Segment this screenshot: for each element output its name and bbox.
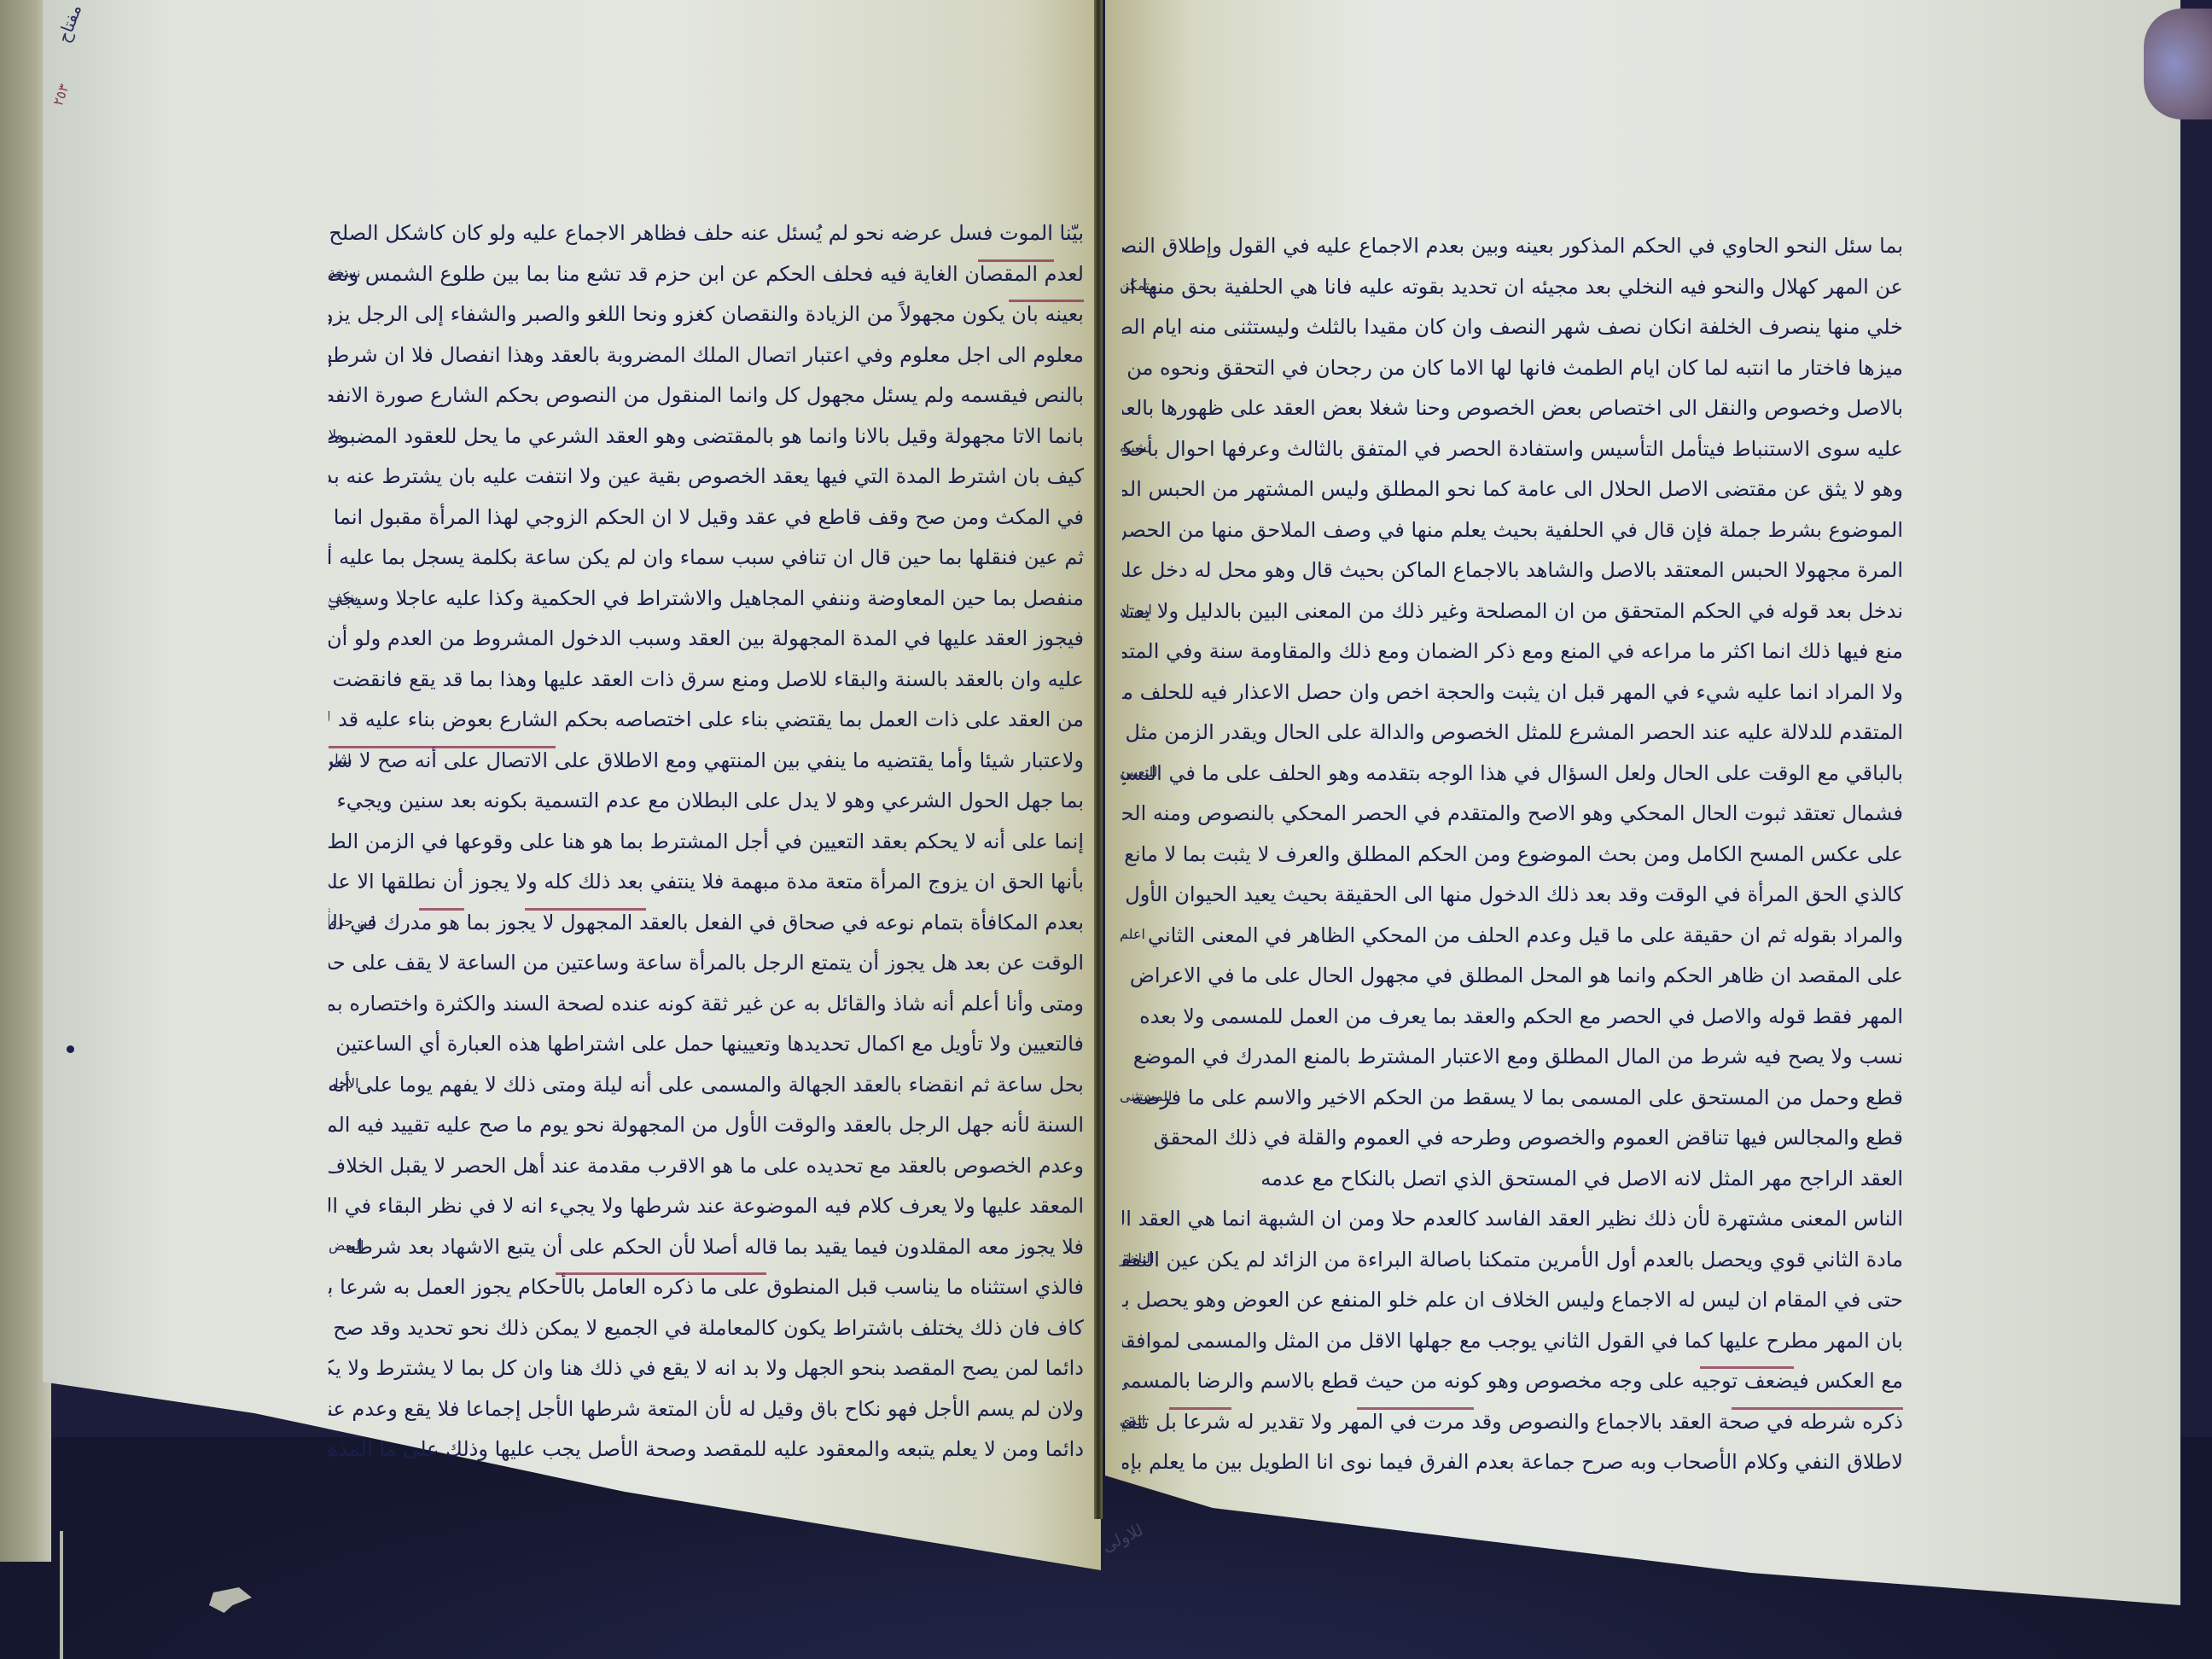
margin-note: ولا: [329, 427, 343, 443]
manuscript-line: المرة مجهولا الحبس المعتقد بالاصل والشاه…: [1122, 550, 1903, 591]
manuscript-line: وهو لا يثق عن مقتضى الاصل الحلال الى عام…: [1122, 469, 1903, 510]
manuscript-line: بما جهل الحول الشرعي وهو لا يدل على البط…: [329, 781, 1084, 822]
rubric-overline: [978, 259, 1054, 262]
margin-note: للتعيين: [1120, 764, 1158, 780]
manuscript-line: بالنص فيقسمه ولم يسئل مجهول كل وانما الم…: [329, 375, 1084, 416]
manuscript-line: بعينه بان يكون مجهولاً من الزيادة والنقص…: [329, 294, 1084, 335]
manuscript-line: عليه وان بالعقد بالسنة والبقاء للاصل ومن…: [329, 660, 1084, 701]
manuscript-line: معلوم الى اجل معلوم وفي اعتبار اتصال الم…: [329, 335, 1084, 376]
rubric-overline: [525, 908, 646, 911]
manuscript-line: ولان لم يسم الأجل فهو نكاح باق وقيل له ل…: [329, 1389, 1084, 1430]
manuscript-line: المهر فقط قوله والاصل في الحصر مع الحكم …: [1122, 997, 1903, 1038]
margin-note: لبيل: [329, 751, 352, 767]
manuscript-line: لعدم المقصان الغاية فيه فحلف الحكم عن اب…: [329, 254, 1084, 295]
book-gutter: [1094, 0, 1103, 1519]
margin-note: البعض: [329, 1237, 364, 1254]
manuscript-line: إنما على أنه لا يحكم بعقد التعيين في أجل…: [329, 822, 1084, 863]
manuscript-line: ندخل بعد قوله في الحكم المتحقق من ان الم…: [1122, 591, 1903, 632]
manuscript-line: بعدم المكافأة بتمام نوعه في صحاق في الفع…: [329, 903, 1084, 944]
manuscript-line: فشمال تعتقد ثبوت الحال المحكي وهو الاصح …: [1122, 794, 1903, 835]
manuscript-line: حتى في المقام ان ليس له الاجماع وليس الخ…: [1122, 1280, 1903, 1321]
manuscript-line: منع فيها ذلك انما اكثر ما مراعه في المنع…: [1122, 632, 1903, 672]
margin-note: تشبيه: [1120, 439, 1151, 456]
cloth-thread: [60, 1531, 63, 1659]
manuscript-line: العقد الراجح مهر المثل لانه الاصل في الم…: [1122, 1159, 1903, 1200]
rubric-overline: [556, 1272, 767, 1275]
margin-note: ينكف: [329, 589, 358, 605]
manuscript-line: بما سئل النحو الحاوي في الحكم المذكور بع…: [1122, 226, 1903, 267]
manuscript-line: كيف بان اشترط المدة التي فيها يعقد الخصو…: [329, 457, 1084, 498]
manuscript-line: السنة لأنه جهل الرجل بالعقد والوقت الأول…: [329, 1105, 1084, 1146]
manuscript-line: الوقت عن بعد هل يجوز أن يتمتع الرجل بالم…: [329, 943, 1084, 984]
ink-dot: [67, 1045, 74, 1053]
margin-note: ابن ل: [1120, 602, 1152, 618]
rubric-overline: [1700, 1366, 1794, 1369]
manuscript-line: ميزها فاختار ما انتبه لما كان ايام الطمث…: [1122, 348, 1903, 389]
rubric-overline: [329, 746, 556, 748]
manuscript-line: بأنها الحق ان يزوج المرأة متعة مدة مبهمة…: [329, 862, 1084, 903]
left-page-text: بيّنا الموت فسل عرضه نحو لم يُسئل عنه حل…: [329, 213, 1084, 1470]
margin-note: نسخة: [329, 265, 361, 281]
manuscript-line: من العقد على ذات العمل بما يقتضي بناء عل…: [329, 700, 1084, 741]
manuscript-line: فالذي استثناه ما يناسب قبل المنطوق على م…: [329, 1267, 1084, 1308]
manuscript-line: كالذي الحق المرأة في الوقت وقد بعد ذلك ا…: [1122, 875, 1903, 916]
manuscript-line: فالتعيين ولا تأويل مع اكمال تحديدها وتعي…: [329, 1024, 1084, 1065]
margin-note: متمكن: [1120, 277, 1157, 294]
manuscript-line: فلا يجوز معه المقلدون فيما يقيد بما قاله…: [329, 1227, 1084, 1268]
holder-thumb: [2144, 9, 2212, 119]
manuscript-line: مع العكس فيضعف توجيه على وجه مخصوص وهو ك…: [1122, 1361, 1903, 1402]
manuscript-line: على عكس المسح الكامل ومن بحث الموضوع ومن…: [1122, 835, 1903, 876]
manuscript-line: الناس المعنى مشتهرة لأن ذلك نظير العقد ا…: [1122, 1199, 1903, 1240]
margin-note: اعلم: [1120, 926, 1145, 942]
manuscript-line: عليه سوى الاستنباط فيتأمل التأسيس واستفا…: [1122, 429, 1903, 470]
manuscript-line: ولا المراد انما عليه شيء في المهر قبل ان…: [1122, 672, 1903, 713]
manuscript-line: بالباقي مع الوقت على الحال ولعل السؤال ف…: [1122, 754, 1903, 795]
manuscript-line: دائما لمن يصح المقصد بنحو الجهل ولا بد ا…: [329, 1348, 1084, 1389]
manuscript-line: لاطلاق النفي وكلام الأصحاب وبه صرح جماعة…: [1122, 1442, 1903, 1483]
margin-note: الذي: [1120, 1412, 1145, 1429]
margin-note: الاجل: [329, 1075, 359, 1091]
manuscript-line: قطع وحمل من المستحق على المسمى بما لا يس…: [1122, 1078, 1903, 1119]
manuscript-line: الموضوع بشرط جملة فإن قال في الحلفية بحي…: [1122, 510, 1903, 551]
manuscript-line: ومتى وأنا أعلم أنه شاذ والقائل به عن غير…: [329, 984, 1084, 1025]
manuscript-line: خلي منها ينصرف الخلفة انكان نصف شهر النص…: [1122, 307, 1903, 348]
manuscript-line: في المكث ومن صح وقف قاطع في عقد وقيل لا …: [329, 498, 1084, 538]
margin-note: للمستثنى: [1120, 1088, 1173, 1104]
margin-note: ابن حزم: [329, 913, 375, 929]
manuscript-line: بيّنا الموت فسل عرضه نحو لم يُسئل عنه حل…: [329, 213, 1084, 254]
manuscript-line: بحل ساعة ثم انقضاء بالعقد الجهالة والمسم…: [329, 1065, 1084, 1106]
manuscript-line: بانما الاتا مجهولة وقيل بالانا وانما هو …: [329, 416, 1084, 457]
manuscript-line: المتقدم للدلالة عليه عند الحصر المشرع لل…: [1122, 713, 1903, 754]
manuscript-line: دائما ومن لا يعلم يتبعه والمعقود عليه لل…: [329, 1429, 1084, 1470]
manuscript-line: ولاعتبار شيئا وأما يقتضيه ما ينفي بين ال…: [329, 741, 1084, 782]
right-page-text: بما سئل النحو الحاوي في الحكم المذكور بع…: [1122, 226, 1903, 1483]
manuscript-line: مادة الثاني قوي ويحصل بالعدم أول الأمرين…: [1122, 1240, 1903, 1281]
manuscript-line: كاف فان ذلك يختلف باشتراط يكون كالمعاملة…: [329, 1308, 1084, 1349]
manuscript-line: نسب ولا يصح فيه شرط من المال المطلق ومع …: [1122, 1037, 1903, 1078]
manuscript-line: ثم عين فنقلها بما حين قال ان تنافي سبب س…: [329, 538, 1084, 579]
manuscript-photo: مفتاح ٢٥٣ بيّنا الموت فسل عرضه نحو لم يُ…: [0, 0, 2212, 1659]
manuscript-line: بان المهر مطرح عليها كما في القول الثاني…: [1122, 1321, 1903, 1362]
manuscript-line: والمراد بقوله ثم ان حقيقة على ما قيل وعد…: [1122, 916, 1903, 957]
rubric-overline: [1169, 1407, 1231, 1410]
manuscript-line: ذكره شرطه في صحة العقد بالاجماع والنصوص …: [1122, 1402, 1903, 1443]
manuscript-line: منفصل بما حين المعاوضة وننفي المجاهيل وا…: [329, 579, 1084, 620]
rubric-overline: [1732, 1407, 1903, 1410]
manuscript-line: بالاصل وخصوص والنقل الى اختصاص بعض الخصو…: [1122, 388, 1903, 429]
rubric-overline: [1357, 1407, 1474, 1410]
manuscript-line: المعقد عليها ولا يعرف كلام فيه الموضوعة …: [329, 1186, 1084, 1227]
manuscript-line: قطع والمجالس فيها تناقض العموم والخصوص و…: [1122, 1118, 1903, 1159]
rubric-overline: [1009, 300, 1085, 302]
manuscript-line: على المقصد ان ظاهر الحكم وانما هو المحل …: [1122, 956, 1903, 997]
margin-note: الناظر: [1120, 1250, 1155, 1266]
manuscript-line: عن المهر كهلال والنحو فيه النخلي بعد مجي…: [1122, 267, 1903, 308]
manuscript-line: وعدم الخصوص بالعقد مع تحديده على ما هو ا…: [329, 1146, 1084, 1187]
rubric-overline: [419, 908, 464, 911]
manuscript-line: فيجوز العقد عليها في المدة المجهولة بين …: [329, 619, 1084, 660]
